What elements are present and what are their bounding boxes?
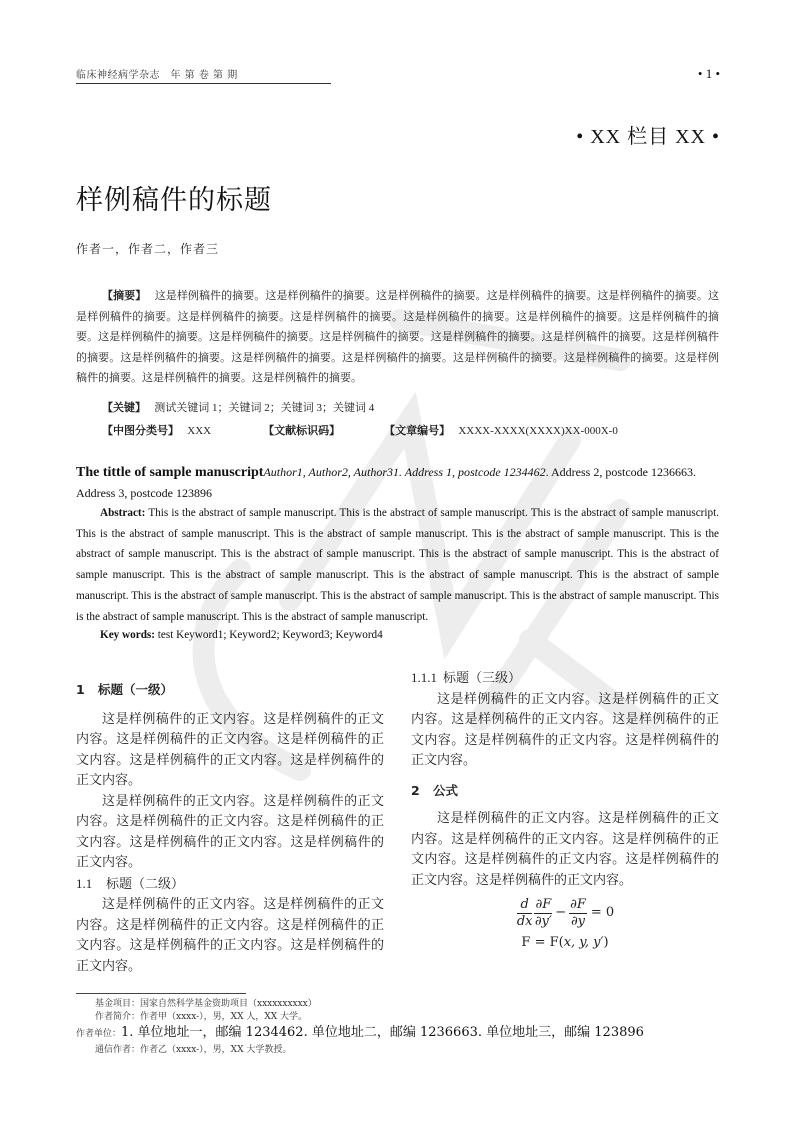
keywords-text: 测试关键词 1；关键词 2；关键词 3；关键词 4 [154,402,374,414]
footnote-rule [76,993,246,994]
section-heading-2: 2公式 [411,781,719,802]
body-left-column: 1标题（一级） 这是样例稿件的正文内容。这是样例稿件的正文内容。这是样例稿件的正… [76,680,384,977]
chinese-abstract: 【摘要】 这是样例稿件的摘要。这是样例稿件的摘要。这是样例稿件的摘要。这是样例稿… [76,286,719,389]
header-rule [76,83,331,84]
equation-euler-lagrange: ddx ∂F∂y′ − ∂F∂y = 0 [411,893,719,933]
page-number: • 1 • [650,66,720,82]
english-keywords: Key words: test Keyword1; Keyword2; Keyw… [100,629,383,641]
journal-page: 临床神经病学杂志 年 第 卷 第 期 • 1 • • XX 栏目 XX • 样例… [0,0,794,1123]
footnote-fund: 基金项目：国家自然科学基金资助项目（xxxxxxxxxx） [95,998,317,1011]
section-heading-1-1-1: 1.1.1标题（三级） [411,668,719,690]
section-heading-1: 1标题（一级） [76,680,384,701]
equation-functional: F = F(x, y, y′) [411,933,719,954]
section-heading-1-1: 1.1标题（二级） [76,874,384,896]
footnote-author-bio: 作者简介：作者甲（xxxx-），男，XX 人，XX 大学。 [95,1011,307,1024]
classification-row: 【中图分类号】 XXX【文献标识码】【文章编号】 XXXX-XXXX(XXXX)… [102,422,618,438]
body-right-column: 1.1.1标题（三级） 这是样例稿件的正文内容。这是样例稿件的正文内容。这是样例… [411,668,719,954]
keywords-cn: 【关键】 测试关键词 1；关键词 2；关键词 3；关键词 4 [102,399,374,415]
paragraph: 这是样例稿件的正文内容。这是样例稿件的正文内容。这是样例稿件的正文内容。这是样例… [76,710,384,792]
english-keywords-text: test Keyword1; Keyword2; Keyword3; Keywo… [158,629,383,641]
affiliation-text: 1. 单位地址一，邮编 1234462. 单位地址二，邮编 1236663. 单… [121,1025,644,1040]
paragraph: 这是样例稿件的正文内容。这是样例稿件的正文内容。这是样例稿件的正文内容。这是样例… [76,792,384,874]
running-header-journal: 临床神经病学杂志 年 第 卷 第 期 [76,66,331,81]
abstract-text: 这是样例稿件的摘要。这是样例稿件的摘要。这是样例稿件的摘要。这是样例稿件的摘要。… [76,290,719,384]
clc-label: 【中图分类号】 [102,424,179,437]
abstract-label: 【摘要】 [102,289,146,302]
english-authors: Author1, Author2, Author31. Address 1, p… [263,465,545,479]
english-title: The tittle of sample manuscript [76,465,263,480]
english-abstract-label: Abstract: [100,507,145,519]
article-no-value: XXXX-XXXX(XXXX)XX-000X-0 [458,425,617,437]
article-no-label: 【文章编号】 [384,424,450,437]
affiliation-label: 作者单位： [76,1029,121,1039]
english-abstract-text: This is the abstract of sample manuscrip… [76,507,719,623]
keywords-label: 【关键】 [102,401,146,414]
english-keywords-label: Key words: [100,629,155,641]
article-authors: 作者一，作者二，作者三 [76,240,219,257]
paragraph: 这是样例稿件的正文内容。这是样例稿件的正文内容。这是样例稿件的正文内容。这是样例… [76,895,384,977]
doc-code-label: 【文献标识码】 [263,424,340,437]
footnote-affiliation: 作者单位：1. 单位地址一，邮编 1234462. 单位地址二，邮编 12366… [76,1026,644,1041]
clc-value: XXX [187,425,211,437]
footnote-corresponding: 通信作者：作者乙（xxxx-），男，XX 大学教授。 [95,1044,291,1057]
column-tag: • XX 栏目 XX • [500,120,720,149]
english-abstract: Abstract: This is the abstract of sample… [76,503,719,627]
paragraph: 这是样例稿件的正文内容。这是样例稿件的正文内容。这是样例稿件的正文内容。这是样例… [411,809,719,891]
paragraph: 这是样例稿件的正文内容。这是样例稿件的正文内容。这是样例稿件的正文内容。这是样例… [411,690,719,772]
english-title-block: The tittle of sample manuscriptAuthor1, … [76,462,719,503]
article-title: 样例稿件的标题 [76,178,272,217]
